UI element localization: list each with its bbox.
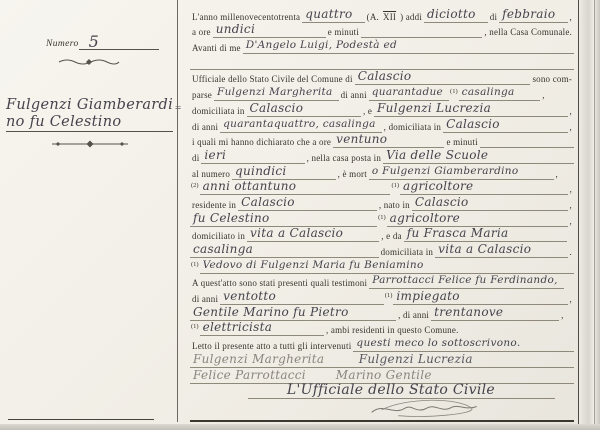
ruled-blank	[466, 295, 568, 305]
printed-text: di	[488, 11, 499, 23]
printed-text: domiciliata in	[190, 105, 247, 117]
act-line-17: (1) Vedovo di Fulgenzi Maria fu Beniamin…	[190, 258, 574, 274]
printed-text: , nella casa posta in	[305, 152, 383, 164]
ruled-blank	[259, 248, 378, 258]
flourish-row	[0, 53, 177, 71]
printed-text: , e da	[379, 230, 403, 242]
handwritten-hour: undici	[213, 23, 261, 38]
witness-signature: Fulgenzi Lucrezia	[356, 353, 479, 368]
divider-flourish-icon	[50, 139, 130, 148]
printed-text: , è mort	[336, 168, 369, 180]
printed-text: parse	[190, 89, 214, 101]
handwritten-street: Via delle Scuole	[383, 149, 494, 164]
ruled-blank	[232, 154, 305, 164]
handwritten-deceased-age: anni ottantuno	[200, 180, 303, 195]
ruled-blank	[475, 201, 568, 211]
blank-ruled-line	[190, 60, 574, 70]
printed-text: ) addì	[398, 11, 424, 23]
handwritten-declarant1-domicile: Calascio	[247, 102, 310, 117]
printed-text: .	[568, 246, 574, 258]
act-line-01: L'anno millenovecentotrenta quattro (A. …	[190, 7, 574, 23]
printed-text: al numero	[190, 168, 232, 180]
handwritten-deceased-occupation: agricoltore	[400, 180, 479, 195]
ruled-blank	[355, 311, 396, 321]
ruled-blank	[107, 40, 159, 50]
handwritten-father-occupation: agricoltore	[387, 212, 466, 227]
act-line-14: fu Celestino (1) agricoltore ,	[190, 211, 574, 227]
footnote-marker: (2)	[190, 181, 200, 191]
act-line-19: di anni ventotto (1) impiegato ,	[190, 289, 574, 305]
official-signature-flourish	[355, 399, 495, 419]
printed-text: domiciliato in	[190, 230, 247, 242]
ruled-blank	[261, 28, 326, 38]
handwritten-day: diciotto	[424, 8, 482, 23]
deceased-name-line2: no fu Celestino	[6, 114, 173, 132]
footnote-marker: (1)	[384, 291, 394, 301]
handwritten-official-name: D'Angelo Luigi, Podestà ed	[243, 39, 403, 54]
act-line-16: casalinga domiciliata in vita a Calascio…	[190, 242, 574, 258]
ruled-blank	[494, 154, 574, 164]
ruled-blank	[309, 107, 361, 117]
divider-flourish-icon	[57, 57, 121, 66]
margin-column: Numero 5 Fulgenzi Giamberardi = no fu Ce…	[0, 0, 177, 424]
ruled-blank	[125, 121, 173, 132]
act-line-20: Gentile Marino fu Pietro , di anni trent…	[190, 305, 574, 321]
printed-text: , nella Casa Comunale.	[482, 26, 574, 38]
spacer	[190, 399, 355, 400]
ruled-blank	[248, 389, 284, 399]
handwritten-declarant1-occupation: casalinga	[459, 86, 521, 101]
official-title-handwritten: L'Ufficiale dello Stato Civile	[284, 384, 501, 399]
ruled-blank	[480, 138, 574, 148]
handwritten-house-number: quindici	[232, 165, 292, 180]
handwritten-residence: Calascio	[238, 196, 301, 211]
handwritten-witness2-name: Gentile Marino fu Pietro	[190, 306, 355, 321]
margin-bottom-rule	[8, 419, 154, 420]
act-body: L'anno millenovecentotrenta quattro (A. …	[190, 7, 574, 425]
fascist-era-numeral: XII	[381, 11, 398, 23]
printed-text: ,	[554, 168, 560, 180]
printed-text: , e	[361, 105, 374, 117]
handwritten-death-day: ieri	[201, 149, 232, 164]
handwritten-mother-occupation: casalinga	[190, 243, 259, 258]
printed-text: ,	[540, 89, 546, 101]
handwritten-month: febbraio	[499, 8, 561, 23]
handwritten-father-domicile: vita a Calascio	[247, 227, 349, 242]
printed-text: , di anni	[396, 309, 431, 321]
ruled-blank	[524, 170, 553, 180]
printed-text: di anni	[190, 121, 220, 133]
handwritten-comune: Calascio	[355, 70, 418, 85]
printed-text: (A.	[365, 11, 381, 23]
handwritten-declarant2-domicile: Calascio	[443, 118, 506, 133]
printed-text: Ufficiale dello Stato Civile del Comune …	[190, 73, 355, 85]
printed-text: Letto il presente atto a tutti gli inter…	[190, 340, 353, 352]
handwritten-declarant2-name: Fulgenzi Lucrezia	[374, 102, 497, 117]
signature-row-1: Fulgenzi Margherita Fulgenzi Lucrezia	[190, 352, 574, 368]
ruled-blank	[479, 185, 567, 195]
handwritten-declarant1-age: quarantadue	[369, 86, 449, 101]
deceased-name-line1: Fulgenzi Giamberardi =	[6, 97, 173, 114]
printed-text: ,	[568, 215, 574, 227]
printed-text: , nato in	[377, 199, 412, 211]
official-signature-row	[190, 399, 574, 419]
ruled-blank	[479, 358, 574, 368]
ruled-blank	[521, 91, 541, 101]
act-line-07: domiciliata in Calascio , e Fulgenzi Luc…	[190, 101, 574, 117]
handwritten-declarant1-name: Fulgenzi Margherita	[214, 86, 339, 101]
deceased-name-part2: no fu Celestino	[6, 114, 125, 132]
printed-text: a ore	[190, 26, 213, 38]
page-edge-line	[594, 0, 595, 430]
printed-text: , ambi residenti in questo Comune.	[324, 324, 461, 336]
footnote-marker: (1)	[377, 213, 387, 223]
printed-text: residente in	[190, 199, 238, 211]
act-line-04	[190, 54, 574, 70]
ruled-blank	[302, 185, 390, 195]
printed-text: ,	[559, 309, 565, 321]
act-line-13: residente in Calascio , nato in Calascio…	[190, 195, 574, 211]
ruled-blank	[509, 311, 559, 321]
printed-text: ,	[568, 121, 574, 133]
act-line-03: Avanti di me D'Angelo Luigi, Podestà ed	[190, 38, 574, 54]
ruled-blank	[417, 75, 530, 85]
ruled-blank	[497, 107, 567, 117]
handwritten-mother-domicile: vita a Calascio	[435, 243, 537, 258]
ruled-blank	[403, 44, 574, 54]
handwritten-deceased-name: o Fulgenzi Giamberardino	[369, 165, 525, 180]
act-line-12: (2) anni ottantuno (1) agricoltore ,	[190, 180, 574, 196]
handwritten-year: quattro	[302, 8, 358, 23]
page-edge-strip	[579, 0, 600, 430]
ruled-blank	[537, 248, 567, 258]
flourish-row	[6, 135, 173, 153]
act-line-15: domiciliato in vita a Calascio , e da fu…	[190, 227, 574, 243]
printed-text: ,	[568, 105, 574, 117]
printed-text: domiciliata in	[379, 246, 436, 258]
printed-text: A quest'atto sono stati presenti quali t…	[190, 277, 369, 289]
printed-text: sono com-	[530, 73, 574, 85]
handwritten-death-hour: ventuno	[333, 133, 393, 148]
ruled-blank	[276, 217, 377, 227]
act-line-02: a ore undici e minuti , nella Casa Comun…	[190, 23, 574, 39]
handwritten-witness2-age: trentanove	[431, 306, 509, 321]
act-line-21: (1) elettricista , ambi residenti in que…	[190, 321, 574, 337]
ruled-blank	[501, 389, 555, 399]
handwritten-father-name: fu Celestino	[190, 212, 276, 227]
printed-text: L'anno millenovecentotrenta	[190, 11, 302, 23]
footnote-marker: (1)	[390, 181, 400, 191]
act-line-09: i quali mi hanno dichiarato che a ore ve…	[190, 133, 574, 149]
printed-text: ,	[568, 293, 574, 305]
margin-divider-rule	[177, 0, 178, 422]
handwritten-marital-status: Vedovo di Fulgenzi Maria fu Beniamino	[200, 259, 430, 274]
handwritten-witness2-occupation: elettricista	[200, 321, 279, 336]
ruled-blank	[430, 264, 574, 274]
printed-text: i quali mi hanno dichiarato che a ore	[190, 136, 333, 148]
record-number-value: 5	[79, 34, 107, 50]
signature-row-2: Felice Parrottacci Marino Gentile	[190, 368, 574, 384]
act-line-22: Letto il presente atto a tutti gli inter…	[190, 336, 574, 352]
ruled-blank	[330, 358, 355, 368]
witness-signature: Fulgenzi Margherita	[190, 353, 330, 368]
scanned-death-record-page: Numero 5 Fulgenzi Giamberardi = no fu Ce…	[0, 0, 600, 430]
handwritten-witness1-name: Parrottacci Felice fu Ferdinando,	[369, 274, 564, 289]
ruled-blank	[278, 326, 324, 336]
printed-text: di anni	[339, 89, 369, 101]
page-bottom-edge	[0, 424, 600, 430]
ruled-blank	[293, 170, 336, 180]
numero-label: Numero	[46, 38, 79, 50]
ruled-blank	[514, 232, 566, 242]
handwritten-birthplace: Calascio	[412, 196, 475, 211]
printed-text: e minuti	[326, 26, 361, 38]
handwritten-declarant2-age-occupation: quarantaquattro, casalinga	[220, 118, 382, 133]
ruled-blank	[466, 217, 567, 227]
footnote-marker: (1)	[449, 87, 459, 97]
ruled-blank	[361, 28, 482, 38]
ruled-blank	[301, 201, 377, 211]
printed-text: e minuti	[444, 136, 479, 148]
ruled-blank	[506, 123, 568, 133]
printed-text: di anni	[190, 293, 220, 305]
printed-text: Avanti di me	[190, 42, 243, 54]
act-line-05: Ufficiale dello Stato Civile del Comune …	[190, 70, 574, 86]
handwritten-witness1-age: ventotto	[220, 290, 282, 305]
act-line-18: A quest'atto sono stati presenti quali t…	[190, 274, 574, 290]
act-line-11: al numero quindici , è mort o Fulgenzi G…	[190, 164, 574, 180]
printed-text: ,	[568, 183, 574, 195]
footnote-marker: (1)	[190, 260, 200, 270]
official-title-row: L'Ufficiale dello Stato Civile	[190, 384, 574, 400]
act-line-10: di ieri , nella casa posta in Via delle …	[190, 148, 574, 164]
ruled-blank	[282, 295, 384, 305]
printed-text: ,	[568, 199, 574, 211]
record-number-row: Numero 5	[46, 34, 159, 50]
printed-text: ,	[568, 11, 574, 23]
act-line-08: di anni quarantaquattro, casalinga , dom…	[190, 117, 574, 133]
act-line-06: parse Fulgenzi Margherita di anni quaran…	[190, 85, 574, 101]
deceased-name-part1: Fulgenzi Giamberardi	[6, 97, 173, 114]
printed-text: , domiciliata in	[382, 121, 443, 133]
handwritten-mother-name: fu Frasca Maria	[404, 227, 515, 242]
ruled-blank	[393, 138, 444, 148]
deceased-name-block: Fulgenzi Giamberardi = no fu Celestino	[6, 97, 173, 153]
footnote-marker: (1)	[190, 322, 200, 332]
printed-text: di	[190, 152, 201, 164]
handwritten-closing-formula: questi meco lo sottoscrivono.	[353, 337, 526, 352]
ruled-blank	[526, 342, 574, 352]
handwritten-witness1-occupation: impiegato	[393, 290, 465, 305]
ruled-blank	[349, 232, 379, 242]
